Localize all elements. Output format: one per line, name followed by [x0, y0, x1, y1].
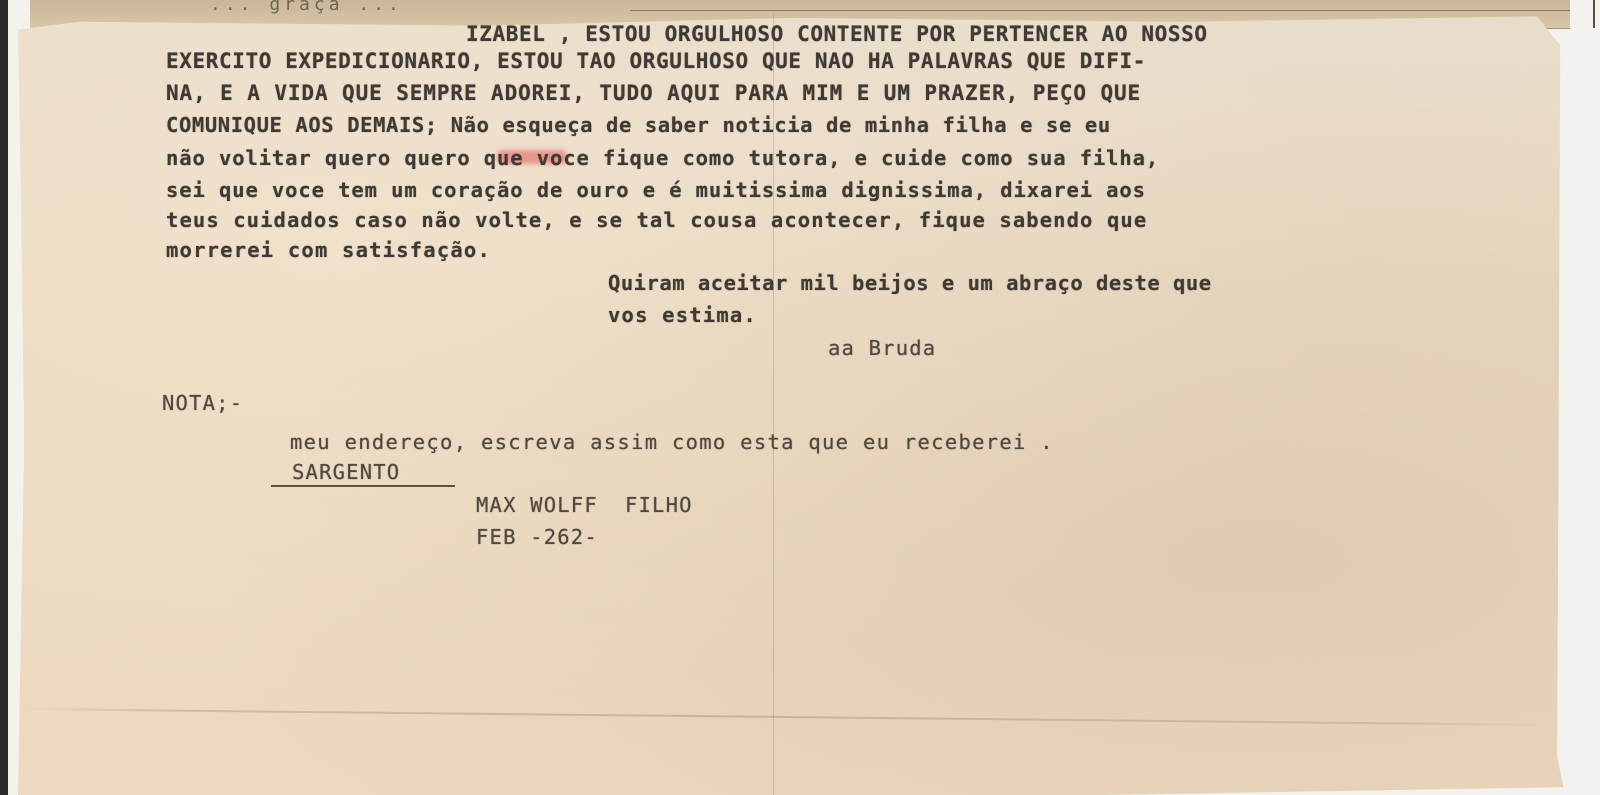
body-line: sei que voce tem um coração de ouro e é … [166, 180, 1146, 201]
rank-underline [271, 485, 455, 487]
strip-vertical-line [1593, 0, 1595, 28]
body-line: COMUNIQUE AOS DEMAIS; Não esqueça de sab… [166, 115, 1111, 136]
closing-line: Quiram aceitar mil beijos e um abraço de… [608, 273, 1212, 294]
body-line: IZABEL , ESTOU ORGULHOSO CONTENTE POR PE… [466, 24, 1208, 45]
body-line: teus cuidados caso não volte, e se tal c… [166, 210, 1147, 231]
closing-line: vos estima. [608, 305, 757, 326]
address-name: MAX WOLFF FILHO [476, 495, 693, 516]
scan-edge [0, 0, 8, 795]
address-rank: SARGENTO [292, 462, 400, 483]
strip-rule-line [630, 10, 1570, 11]
top-text-fragment: ... graça ... [210, 0, 403, 15]
note-label: NOTA;- [162, 393, 243, 414]
body-line: não volitar quero quero que voce fique c… [166, 148, 1159, 169]
body-line: NA, E A VIDA QUE SEMPRE ADOREI, TUDO AQU… [166, 83, 1141, 104]
note-text: meu endereço, escreva assim como esta qu… [290, 432, 1054, 453]
body-line: morrerei com satisfação. [166, 240, 491, 261]
body-line: EXERCITO EXPEDICIONARIO, ESTOU TAO ORGUL… [166, 51, 1146, 72]
signature: aa Bruda [828, 338, 936, 359]
address-unit: FEB -262- [476, 527, 598, 548]
